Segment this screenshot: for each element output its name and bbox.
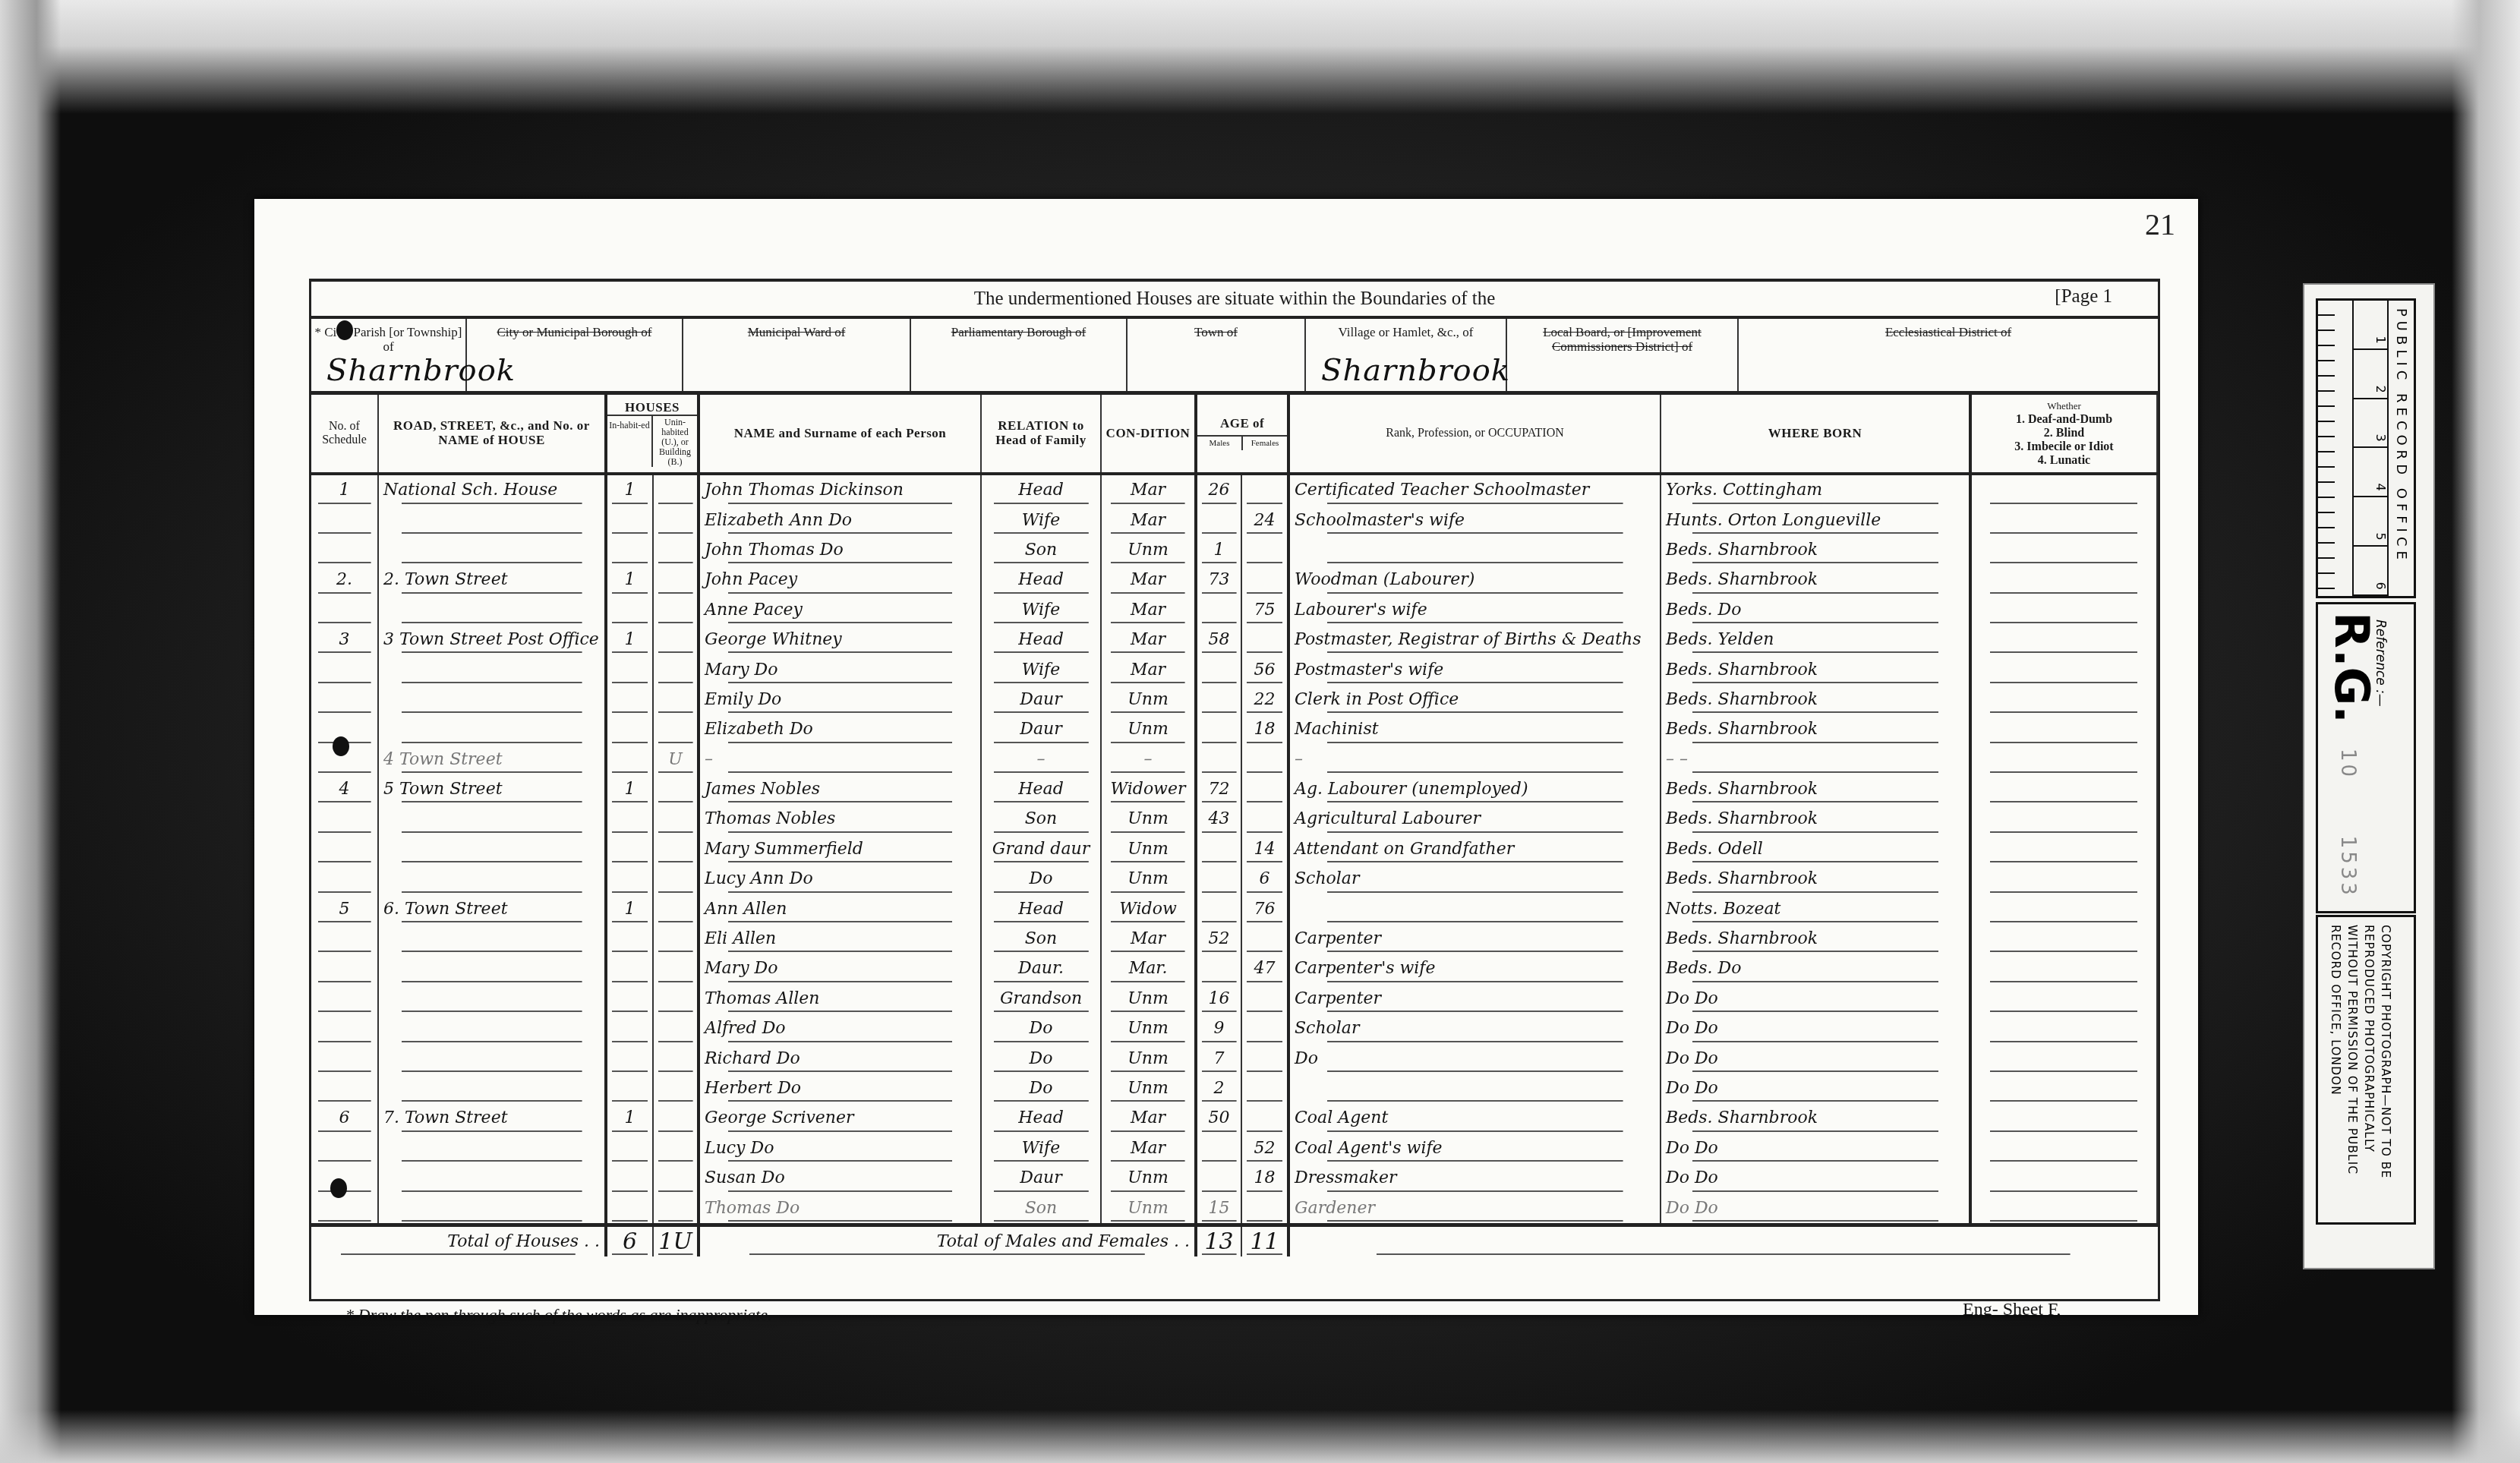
table-row: Thomas DoSonUnm15GardenerDo Do xyxy=(311,1193,2157,1225)
cell-uninhabited xyxy=(653,685,699,714)
cell-infirmity xyxy=(1970,1014,2157,1043)
cell-inhabited xyxy=(606,685,653,714)
cell-address xyxy=(378,834,606,864)
cell-female-age xyxy=(1241,1043,1288,1073)
cell-relation: Son xyxy=(981,1193,1101,1225)
ruler-scale: 123456 xyxy=(2354,301,2389,596)
cell-address: 2. Town Street xyxy=(378,565,606,594)
cell-address xyxy=(378,1193,606,1225)
cell-condition: Mar xyxy=(1101,474,1196,505)
cell-condition: Unm xyxy=(1101,1043,1196,1073)
cell-male-age xyxy=(1196,595,1241,625)
cell-address xyxy=(378,685,606,714)
table-row: Herbert DoDoUnm2Do Do xyxy=(311,1074,2157,1103)
table-row: 45 Town Street1James NoblesHeadWidower72… xyxy=(311,774,2157,804)
cell-occupation xyxy=(1288,535,1661,565)
cell-schedule: 6 xyxy=(311,1103,378,1133)
cell-male-age xyxy=(1196,505,1241,534)
cell-address xyxy=(378,924,606,954)
cell-relation: Wife xyxy=(981,654,1101,684)
cell-female-age: 14 xyxy=(1241,834,1288,864)
cell-relation: – xyxy=(981,745,1101,774)
total-females: 11 xyxy=(1241,1225,1288,1256)
cell-infirmity xyxy=(1970,924,2157,954)
cell-infirmity xyxy=(1970,685,2157,714)
cell-inhabited: 1 xyxy=(606,565,653,594)
cell-born: Do Do xyxy=(1661,1014,1970,1043)
cell-relation: Daur xyxy=(981,685,1101,714)
cell-name: Mary Do xyxy=(699,654,981,684)
admin-area-label: Parliamentary Borough of xyxy=(911,325,1126,339)
cell-name: Mary Summerfield xyxy=(699,834,981,864)
cell-occupation: Labourer's wife xyxy=(1288,595,1661,625)
reference-piece: 10 1533 xyxy=(2336,749,2359,898)
table-row: Lucy DoWifeMar52Coal Agent's wifeDo Do xyxy=(311,1134,2157,1163)
cell-schedule xyxy=(311,864,378,894)
cell-condition: Unm xyxy=(1101,984,1196,1014)
admin-area: Town of xyxy=(1128,319,1306,391)
cell-name: Anne Pacey xyxy=(699,595,981,625)
census-sheet: 21 The undermentioned Houses are situate… xyxy=(254,199,2198,1315)
scan-edge-top xyxy=(0,0,2520,114)
cell-name: Lucy Do xyxy=(699,1134,981,1163)
cell-name: George Whitney xyxy=(699,625,981,654)
admin-area: City or Municipal Borough of xyxy=(467,319,683,391)
col-houses: HOUSES In-habit-ed Unin-habited (U.), or… xyxy=(606,395,699,474)
cell-schedule: 5 xyxy=(311,894,378,923)
cell-schedule: 2. xyxy=(311,565,378,594)
cell-address: 4 Town Street xyxy=(378,745,606,774)
cell-relation: Daur xyxy=(981,714,1101,744)
cell-condition: Unm xyxy=(1101,535,1196,565)
cell-relation: Do xyxy=(981,1014,1101,1043)
cell-male-age: 58 xyxy=(1196,625,1241,654)
col-age-females: Females xyxy=(1243,437,1287,450)
cell-address xyxy=(378,954,606,983)
cell-schedule xyxy=(311,1193,378,1225)
cell-address xyxy=(378,804,606,834)
cell-inhabited xyxy=(606,595,653,625)
cell-occupation: Schoolmaster's wife xyxy=(1288,505,1661,534)
cell-condition: Unm xyxy=(1101,1163,1196,1193)
cell-relation: Grand daur xyxy=(981,834,1101,864)
cell-uninhabited xyxy=(653,1043,699,1073)
cell-occupation: Dressmaker xyxy=(1288,1163,1661,1193)
cell-male-age: 50 xyxy=(1196,1103,1241,1133)
cell-male-age xyxy=(1196,864,1241,894)
cell-name: Thomas Nobles xyxy=(699,804,981,834)
table-row: Thomas NoblesSonUnm43Agricultural Labour… xyxy=(311,804,2157,834)
cell-uninhabited xyxy=(653,714,699,744)
table-row: 1National Sch. House1John Thomas Dickins… xyxy=(311,474,2157,505)
cell-name: George Scrivener xyxy=(699,1103,981,1133)
reference-label: Reference :— xyxy=(2373,620,2388,707)
cell-occupation xyxy=(1288,894,1661,923)
cell-uninhabited xyxy=(653,1193,699,1225)
cell-born: Hunts. Orton Longueville xyxy=(1661,505,1970,534)
cell-schedule xyxy=(311,1014,378,1043)
cell-uninhabited xyxy=(653,804,699,834)
col-occupation: Rank, Profession, or OCCUPATION xyxy=(1288,395,1661,474)
cell-schedule: 3 xyxy=(311,625,378,654)
cell-female-age: 18 xyxy=(1241,1163,1288,1193)
cell-female-age: 18 xyxy=(1241,714,1288,744)
cell-address xyxy=(378,535,606,565)
cell-inhabited xyxy=(606,1074,653,1103)
cell-uninhabited xyxy=(653,774,699,804)
cell-infirmity xyxy=(1970,774,2157,804)
cell-uninhabited xyxy=(653,1014,699,1043)
cell-relation: Son xyxy=(981,804,1101,834)
cell-occupation: Woodman (Labourer) xyxy=(1288,565,1661,594)
admin-area-label: Local Board, or [Improvement Commissione… xyxy=(1507,325,1737,354)
cell-condition: Unm xyxy=(1101,834,1196,864)
cell-schedule xyxy=(311,685,378,714)
cell-born: Do Do xyxy=(1661,1043,1970,1073)
cell-infirmity xyxy=(1970,595,2157,625)
cell-address xyxy=(378,1014,606,1043)
cell-male-age xyxy=(1196,1163,1241,1193)
census-form: The undermentioned Houses are situate wi… xyxy=(309,279,2160,1301)
cell-inhabited xyxy=(606,864,653,894)
cell-condition: Mar. xyxy=(1101,954,1196,983)
cell-infirmity xyxy=(1970,565,2157,594)
cell-female-age xyxy=(1241,1014,1288,1043)
cell-address: National Sch. House xyxy=(378,474,606,505)
col-name: NAME and Surname of each Person xyxy=(699,395,981,474)
cell-name: Richard Do xyxy=(699,1043,981,1073)
cell-inhabited xyxy=(606,924,653,954)
cell-occupation: Postmaster, Registrar of Births & Deaths xyxy=(1288,625,1661,654)
cell-relation: Do xyxy=(981,1074,1101,1103)
cell-infirmity xyxy=(1970,954,2157,983)
cell-male-age xyxy=(1196,954,1241,983)
cell-male-age: 52 xyxy=(1196,924,1241,954)
cell-male-age xyxy=(1196,745,1241,774)
administrative-areas: * Civil Parish [or Township] ofSharnbroo… xyxy=(311,319,2158,395)
cell-relation: Son xyxy=(981,924,1101,954)
scan-edge-left xyxy=(0,0,61,1463)
cell-uninhabited xyxy=(653,1103,699,1133)
cell-inhabited xyxy=(606,505,653,534)
cell-male-age xyxy=(1196,654,1241,684)
cell-relation: Do xyxy=(981,864,1101,894)
total-inhabited: 6 xyxy=(606,1225,653,1256)
table-row: Alfred DoDoUnm9ScholarDo Do xyxy=(311,1014,2157,1043)
cell-relation: Son xyxy=(981,535,1101,565)
table-row: Susan DoDaurUnm18DressmakerDo Do xyxy=(311,1163,2157,1193)
cell-name: John Thomas Do xyxy=(699,535,981,565)
cell-male-age: 7 xyxy=(1196,1043,1241,1073)
cell-female-age xyxy=(1241,804,1288,834)
cell-infirmity xyxy=(1970,745,2157,774)
cell-condition: Unm xyxy=(1101,1074,1196,1103)
cell-address: 6. Town Street xyxy=(378,894,606,923)
ruler-number: 4 xyxy=(2373,484,2387,491)
cell-born: Beds. Odell xyxy=(1661,834,1970,864)
cell-name: Mary Do xyxy=(699,954,981,983)
cell-address xyxy=(378,984,606,1014)
cell-uninhabited xyxy=(653,954,699,983)
cell-relation: Daur. xyxy=(981,954,1101,983)
cell-born: Beds. Sharnbrook xyxy=(1661,685,1970,714)
cell-occupation: – xyxy=(1288,745,1661,774)
folio-number: 21 xyxy=(2145,207,2175,242)
admin-area: * Civil Parish [or Township] ofSharnbroo… xyxy=(311,319,467,391)
cell-occupation: Machinist xyxy=(1288,714,1661,744)
cell-inhabited xyxy=(606,954,653,983)
admin-area: Parliamentary Borough of xyxy=(911,319,1128,391)
cell-name: Emily Do xyxy=(699,685,981,714)
cell-born: Yorks. Cottingham xyxy=(1661,474,1970,505)
cell-uninhabited xyxy=(653,625,699,654)
cell-uninhabited xyxy=(653,924,699,954)
table-row: Thomas AllenGrandsonUnm16CarpenterDo Do xyxy=(311,984,2157,1014)
cell-born: Beds. Sharnbrook xyxy=(1661,924,1970,954)
admin-area-label: Town of xyxy=(1128,325,1304,339)
cell-occupation: Clerk in Post Office xyxy=(1288,685,1661,714)
cell-infirmity xyxy=(1970,1043,2157,1073)
cell-condition: Widow xyxy=(1101,894,1196,923)
cell-schedule xyxy=(311,1043,378,1073)
cell-relation: Head xyxy=(981,1103,1101,1133)
footnote: * Draw the pen through such of the words… xyxy=(345,1305,771,1325)
cell-occupation: Certificated Teacher Schoolmaster xyxy=(1288,474,1661,505)
col-inhabited: In-habit-ed xyxy=(607,416,653,467)
cell-relation: Head xyxy=(981,625,1101,654)
cell-female-age xyxy=(1241,1074,1288,1103)
ruler-number: 6 xyxy=(2373,582,2387,589)
cell-schedule xyxy=(311,834,378,864)
cell-condition: Unm xyxy=(1101,1014,1196,1043)
cell-name: – xyxy=(699,745,981,774)
cell-schedule xyxy=(311,535,378,565)
cell-infirmity xyxy=(1970,625,2157,654)
cell-condition: Mar xyxy=(1101,505,1196,534)
cell-uninhabited xyxy=(653,654,699,684)
cell-female-age: 24 xyxy=(1241,505,1288,534)
cell-condition: Mar xyxy=(1101,595,1196,625)
ruler-ticks xyxy=(2318,301,2354,596)
cell-schedule xyxy=(311,984,378,1014)
scan-edge-bottom xyxy=(0,1410,2520,1463)
cell-male-age xyxy=(1196,685,1241,714)
cell-inhabited: 1 xyxy=(606,894,653,923)
cell-name: Thomas Allen xyxy=(699,984,981,1014)
cell-male-age: 9 xyxy=(1196,1014,1241,1043)
col-uninhabited: Unin-habited (U.), or Building (B.) xyxy=(653,416,697,467)
cell-schedule xyxy=(311,804,378,834)
ink-blot xyxy=(333,736,349,756)
col-schedule: No. of Schedule xyxy=(311,395,378,474)
cell-address: 7. Town Street xyxy=(378,1103,606,1133)
cell-inhabited xyxy=(606,984,653,1014)
table-row: 2.2. Town Street1John PaceyHeadMar73Wood… xyxy=(311,565,2157,594)
cell-female-age xyxy=(1241,625,1288,654)
cell-uninhabited xyxy=(653,834,699,864)
cell-born: Beds. Yelden xyxy=(1661,625,1970,654)
cell-relation: Head xyxy=(981,474,1101,505)
cell-schedule xyxy=(311,954,378,983)
copyright-notice: COPYRIGHT PHOTOGRAPH—NOT TO BE REPRODUCE… xyxy=(2318,917,2403,1222)
cell-name: Alfred Do xyxy=(699,1014,981,1043)
cell-female-age xyxy=(1241,984,1288,1014)
cell-condition: – xyxy=(1101,745,1196,774)
cell-born: Do Do xyxy=(1661,984,1970,1014)
cell-infirmity xyxy=(1970,984,2157,1014)
cell-uninhabited xyxy=(653,1074,699,1103)
cell-male-age xyxy=(1196,1134,1241,1163)
infirmity-option: 4. Lunatic xyxy=(1975,454,2153,468)
cell-condition: Mar xyxy=(1101,1103,1196,1133)
cell-uninhabited xyxy=(653,505,699,534)
admin-area-label: * Civil Parish [or Township] of xyxy=(311,325,465,354)
cell-infirmity xyxy=(1970,714,2157,744)
cell-occupation: Carpenter xyxy=(1288,924,1661,954)
table-row: Emily DoDaurUnm22Clerk in Post OfficeBed… xyxy=(311,685,2157,714)
cell-condition: Unm xyxy=(1101,864,1196,894)
ink-blot xyxy=(336,320,353,340)
table-row: Elizabeth Ann DoWifeMar24Schoolmaster's … xyxy=(311,505,2157,534)
reference-strip: 123456 PUBLIC RECORD OFFICE R.G. Referen… xyxy=(2303,283,2435,1269)
cell-inhabited xyxy=(606,745,653,774)
infirmity-option: 1. Deaf-and-Dumb xyxy=(1975,413,2153,427)
cell-name: Elizabeth Do xyxy=(699,714,981,744)
cell-relation: Head xyxy=(981,774,1101,804)
cell-infirmity xyxy=(1970,505,2157,534)
cell-condition: Unm xyxy=(1101,804,1196,834)
cell-condition: Mar xyxy=(1101,1134,1196,1163)
col-age-males: Males xyxy=(1197,437,1243,450)
cell-occupation: Postmaster's wife xyxy=(1288,654,1661,684)
col-relation: RELATION to Head of Family xyxy=(981,395,1101,474)
cell-condition: Widower xyxy=(1101,774,1196,804)
cell-condition: Mar xyxy=(1101,565,1196,594)
table-row: Eli AllenSonMar52CarpenterBeds. Sharnbro… xyxy=(311,924,2157,954)
cell-occupation xyxy=(1288,1074,1661,1103)
cell-infirmity xyxy=(1970,834,2157,864)
scan-edge-right xyxy=(2452,0,2520,1463)
col-infirmity: Whether 1. Deaf-and-Dumb2. Blind3. Imbec… xyxy=(1970,395,2157,474)
page-label: [Page 1 xyxy=(2055,282,2112,312)
cell-female-age xyxy=(1241,1103,1288,1133)
cell-occupation: Gardener xyxy=(1288,1193,1661,1225)
cell-address xyxy=(378,1134,606,1163)
cell-born: – – xyxy=(1661,745,1970,774)
cell-born: Beds. Sharnbrook xyxy=(1661,654,1970,684)
cell-inhabited xyxy=(606,654,653,684)
office-label: PUBLIC RECORD OFFICE xyxy=(2389,301,2414,596)
cell-uninhabited xyxy=(653,894,699,923)
cell-infirmity xyxy=(1970,1163,2157,1193)
cell-female-age: 22 xyxy=(1241,685,1288,714)
cell-uninhabited xyxy=(653,984,699,1014)
admin-area-label: Village or Hamlet, &c., of xyxy=(1306,325,1506,339)
cell-born: Notts. Bozeat xyxy=(1661,894,1970,923)
cell-uninhabited xyxy=(653,565,699,594)
table-row: Lucy Ann DoDoUnm6ScholarBeds. Sharnbrook xyxy=(311,864,2157,894)
cell-occupation: Coal Agent's wife xyxy=(1288,1134,1661,1163)
infirmity-option: 2. Blind xyxy=(1975,427,2153,440)
admin-area-value: Sharnbrook xyxy=(1321,353,1510,388)
table-row: Mary DoWifeMar56Postmaster's wifeBeds. S… xyxy=(311,654,2157,684)
cell-born: Beds. Sharnbrook xyxy=(1661,714,1970,744)
col-age: AGE of Males Females xyxy=(1196,395,1288,474)
cell-male-age: 72 xyxy=(1196,774,1241,804)
cell-address xyxy=(378,864,606,894)
totals-row: Total of Houses . . 6 1U Total of Males … xyxy=(311,1225,2157,1256)
scale-ruler: 123456 PUBLIC RECORD OFFICE xyxy=(2316,298,2416,598)
total-houses-label: Total of Houses . . xyxy=(311,1225,606,1256)
cell-occupation: Carpenter xyxy=(1288,984,1661,1014)
cell-condition: Unm xyxy=(1101,685,1196,714)
cell-condition: Mar xyxy=(1101,654,1196,684)
cell-inhabited xyxy=(606,714,653,744)
cell-condition: Unm xyxy=(1101,1193,1196,1225)
cell-name: Eli Allen xyxy=(699,924,981,954)
cell-born: Do Do xyxy=(1661,1134,1970,1163)
cell-address xyxy=(378,1043,606,1073)
reference-class: R.G. xyxy=(2324,612,2380,724)
table-row: 67. Town Street1George ScrivenerHeadMar5… xyxy=(311,1103,2157,1133)
cell-schedule xyxy=(311,595,378,625)
cell-name: Herbert Do xyxy=(699,1074,981,1103)
col-address: ROAD, STREET, &c., and No. or NAME of HO… xyxy=(378,395,606,474)
cell-address: 5 Town Street xyxy=(378,774,606,804)
cell-occupation: Carpenter's wife xyxy=(1288,954,1661,983)
cell-inhabited xyxy=(606,834,653,864)
cell-female-age xyxy=(1241,745,1288,774)
cell-female-age xyxy=(1241,535,1288,565)
ruler-number: 2 xyxy=(2373,385,2387,393)
cell-relation: Head xyxy=(981,894,1101,923)
cell-female-age: 76 xyxy=(1241,894,1288,923)
cell-address xyxy=(378,595,606,625)
cell-male-age: 2 xyxy=(1196,1074,1241,1103)
cell-born: Beds. Sharnbrook xyxy=(1661,565,1970,594)
cell-infirmity xyxy=(1970,804,2157,834)
cell-schedule: 1 xyxy=(311,474,378,505)
table-row: 33 Town Street Post Office1George Whitne… xyxy=(311,625,2157,654)
cell-relation: Wife xyxy=(981,505,1101,534)
total-uninhabited: 1U xyxy=(653,1225,699,1256)
census-table: No. of Schedule ROAD, STREET, &c., and N… xyxy=(311,395,2158,1256)
cell-occupation: Agricultural Labourer xyxy=(1288,804,1661,834)
cell-infirmity xyxy=(1970,535,2157,565)
cell-inhabited xyxy=(606,535,653,565)
cell-female-age xyxy=(1241,1193,1288,1225)
cell-name: James Nobles xyxy=(699,774,981,804)
total-males: 13 xyxy=(1196,1225,1241,1256)
cell-inhabited xyxy=(606,1014,653,1043)
cell-address xyxy=(378,654,606,684)
cell-born: Beds. Do xyxy=(1661,595,1970,625)
cell-schedule xyxy=(311,505,378,534)
cell-occupation: Do xyxy=(1288,1043,1661,1073)
cell-uninhabited xyxy=(653,1134,699,1163)
cell-infirmity xyxy=(1970,894,2157,923)
cell-born: Beds. Sharnbrook xyxy=(1661,804,1970,834)
cell-female-age: 6 xyxy=(1241,864,1288,894)
cell-name: Susan Do xyxy=(699,1163,981,1193)
cell-born: Beds. Sharnbrook xyxy=(1661,1103,1970,1133)
cell-male-age xyxy=(1196,834,1241,864)
cell-inhabited: 1 xyxy=(606,625,653,654)
infirmity-option: 3. Imbecile or Idiot xyxy=(1975,440,2153,454)
cell-relation: Head xyxy=(981,565,1101,594)
cell-born: Beds. Do xyxy=(1661,954,1970,983)
cell-uninhabited xyxy=(653,1163,699,1193)
